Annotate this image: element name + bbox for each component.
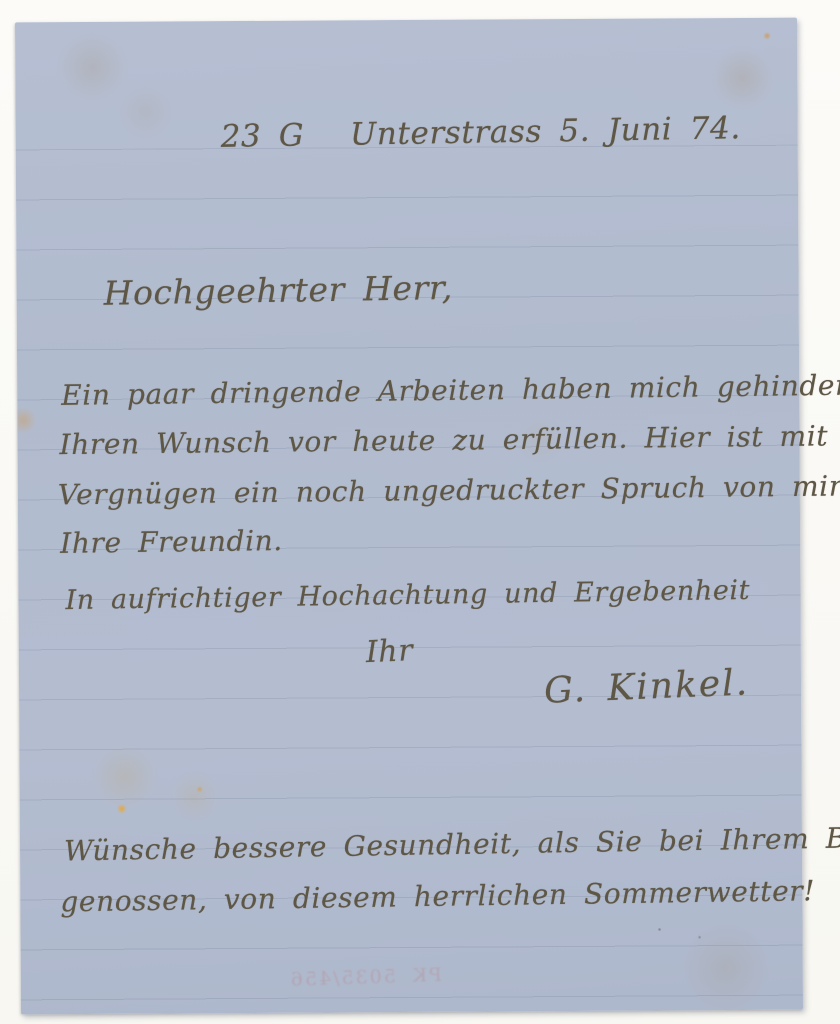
header-line: 23 G Unterstrass 5. Juni 74. — [220, 110, 741, 155]
body-line-2: Ihren Wunsch vor heute zu erfüllen. Hier… — [59, 419, 828, 461]
valediction: Ihr — [365, 633, 414, 670]
body-line-1: Ein paar dringende Arbeiten haben mich g… — [61, 368, 840, 411]
body-line-4: Ihre Freundin. — [60, 524, 283, 560]
header-number: 23 G — [220, 117, 304, 154]
body-line-3: Vergnügen ein noch ungedruckter Spruch v… — [58, 469, 840, 512]
letter-paper: 23 G Unterstrass 5. Juni 74. Hochgeehrte… — [15, 18, 803, 1015]
postscript-line-1: Wünsche bessere Gesundheit, als Sie bei … — [64, 821, 840, 868]
header-place-date: Unterstrass 5. Juni 74. — [350, 110, 741, 152]
scan-background: 23 G Unterstrass 5. Juni 74. Hochgeehrte… — [0, 0, 840, 1024]
closing-line: In aufrichtiger Hochachtung und Ergebenh… — [65, 575, 750, 616]
signature: G. Kinkel. — [543, 662, 750, 711]
postscript-line-2: genossen, von diesem herrlichen Sommerwe… — [60, 874, 815, 918]
archival-mark-mirrored: PK 5035/456 — [289, 964, 443, 991]
salutation: Hochgeehrter Herr, — [103, 268, 453, 313]
